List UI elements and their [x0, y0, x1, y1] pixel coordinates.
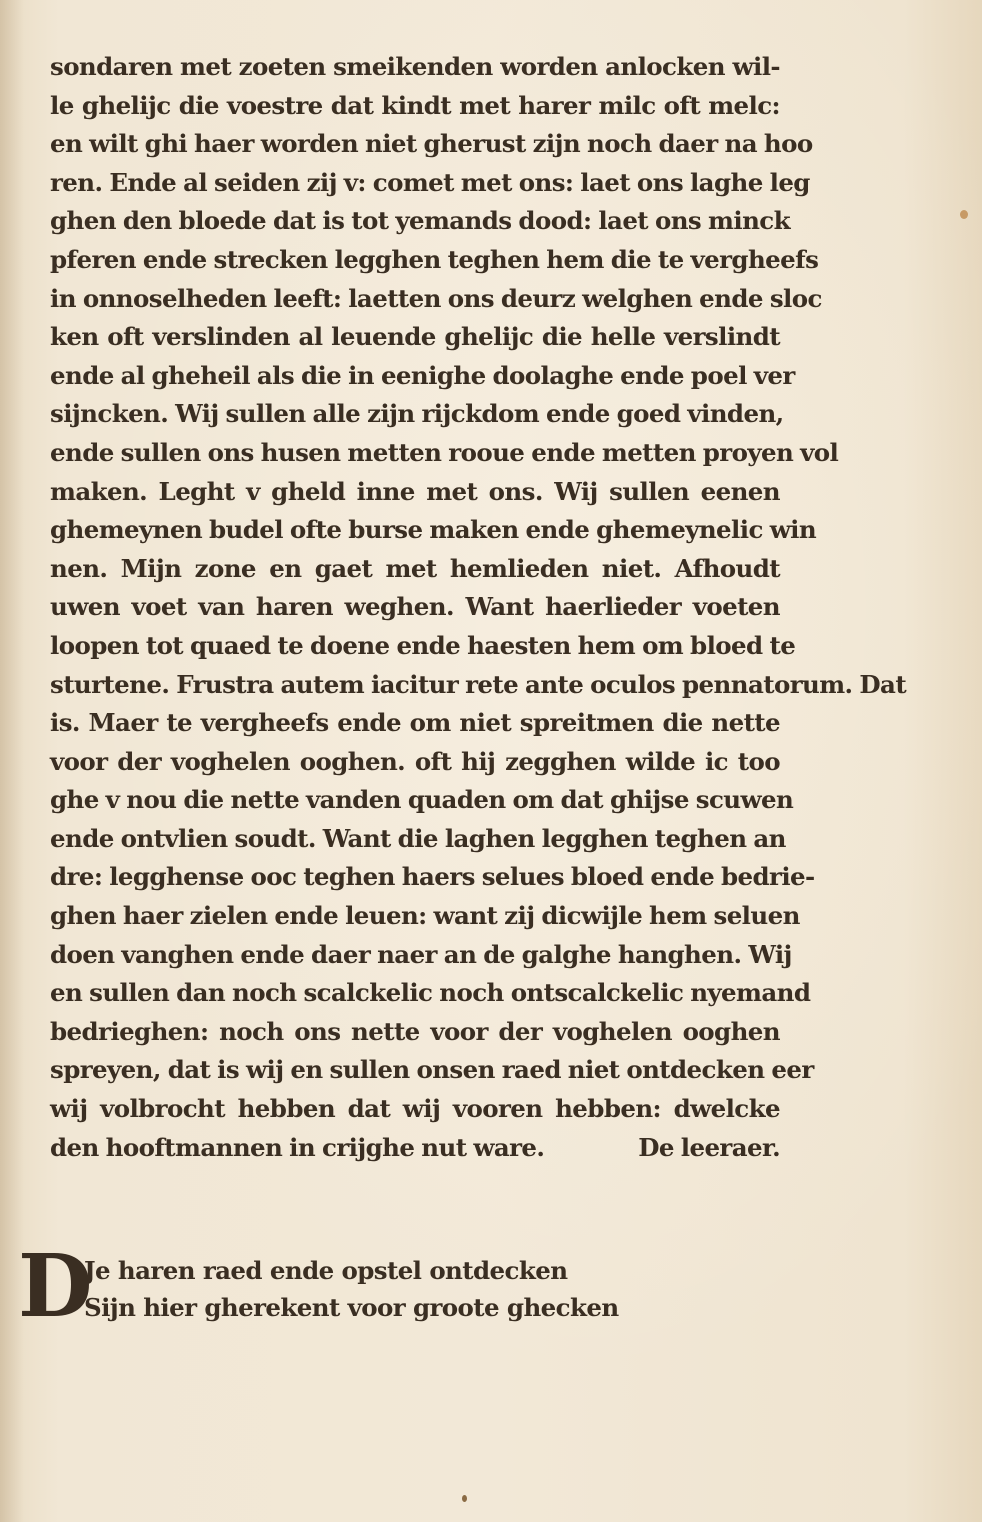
- text-line: le ghelijc die voestre dat kindt met har…: [50, 87, 780, 126]
- text-line: is. Maer te vergheefs ende om niet sprei…: [50, 704, 780, 743]
- text-line: ghe v nou die nette vanden quaden om dat…: [50, 781, 780, 820]
- body-text: sondaren met zoeten smeikenden worden an…: [50, 48, 780, 1167]
- text-line: wij volbrocht hebben dat wij vooren hebb…: [50, 1090, 780, 1129]
- foxing-spot: [960, 210, 968, 219]
- text-line: ken oft verslinden al leuende ghelijc di…: [50, 318, 780, 357]
- text-line: uwen voet van haren weghen. Want haerlie…: [50, 588, 780, 627]
- book-page: sondaren met zoeten smeikenden worden an…: [0, 0, 982, 1522]
- text-line: en sullen dan noch scalckelic noch ontsc…: [50, 974, 780, 1013]
- text-line: bedrieghen: noch ons nette voor der vogh…: [50, 1013, 780, 1052]
- text-line: dre: legghense ooc teghen haers selues b…: [50, 858, 780, 897]
- speaker-rubric: De leeraer.: [638, 1129, 780, 1168]
- text-line: nen. Mijn zone en gaet met hemlieden nie…: [50, 550, 780, 589]
- text-line: loopen tot quaed te doene ende haesten h…: [50, 627, 780, 666]
- verse-line: Je haren raed ende opstel ontdecken: [84, 1252, 619, 1289]
- foxing-spot: [462, 1495, 467, 1502]
- text-line: ende sullen ons husen metten rooue ende …: [50, 434, 780, 473]
- text-line: maken. Leght v gheld inne met ons. Wij s…: [50, 473, 780, 512]
- text-line: den hooftmannen in crijghe nut ware.: [50, 1129, 544, 1168]
- text-line: ende ontvlien soudt. Want die laghen leg…: [50, 820, 780, 859]
- text-line: ghen den bloede dat is tot yemands dood:…: [50, 202, 780, 241]
- decorated-initial: D: [18, 1250, 80, 1324]
- verse-lines: Je haren raed ende opstel ontdecken Sijn…: [84, 1252, 619, 1326]
- text-line: ghen haer zielen ende leuen: want zij di…: [50, 897, 780, 936]
- text-line: in onnoselheden leeft: laetten ons deurz…: [50, 280, 780, 319]
- text-line: sturtene. Frustra autem iacitur rete ant…: [50, 666, 780, 705]
- text-line: spreyen, dat is wij en sullen onsen raed…: [50, 1051, 780, 1090]
- verse-line: Sijn hier gherekent voor groote ghecken: [84, 1289, 619, 1326]
- text-line: sondaren met zoeten smeikenden worden an…: [50, 48, 780, 87]
- text-line: ende al gheheil als die in eenighe doola…: [50, 357, 780, 396]
- text-line: en wilt ghi haer worden niet gherust zij…: [50, 125, 780, 164]
- text-line: ren. Ende al seiden zij v: comet met ons…: [50, 164, 780, 203]
- text-line: ghemeynen budel ofte burse maken ende gh…: [50, 511, 780, 550]
- text-line-with-rubric: den hooftmannen in crijghe nut ware. De …: [50, 1129, 780, 1168]
- text-line: voor der voghelen ooghen. oft hij zegghe…: [50, 743, 780, 782]
- text-line: doen vanghen ende daer naer an de galghe…: [50, 936, 780, 975]
- text-line: pferen ende strecken legghen teghen hem …: [50, 241, 780, 280]
- text-line: sijncken. Wij sullen alle zijn rijckdom …: [50, 395, 780, 434]
